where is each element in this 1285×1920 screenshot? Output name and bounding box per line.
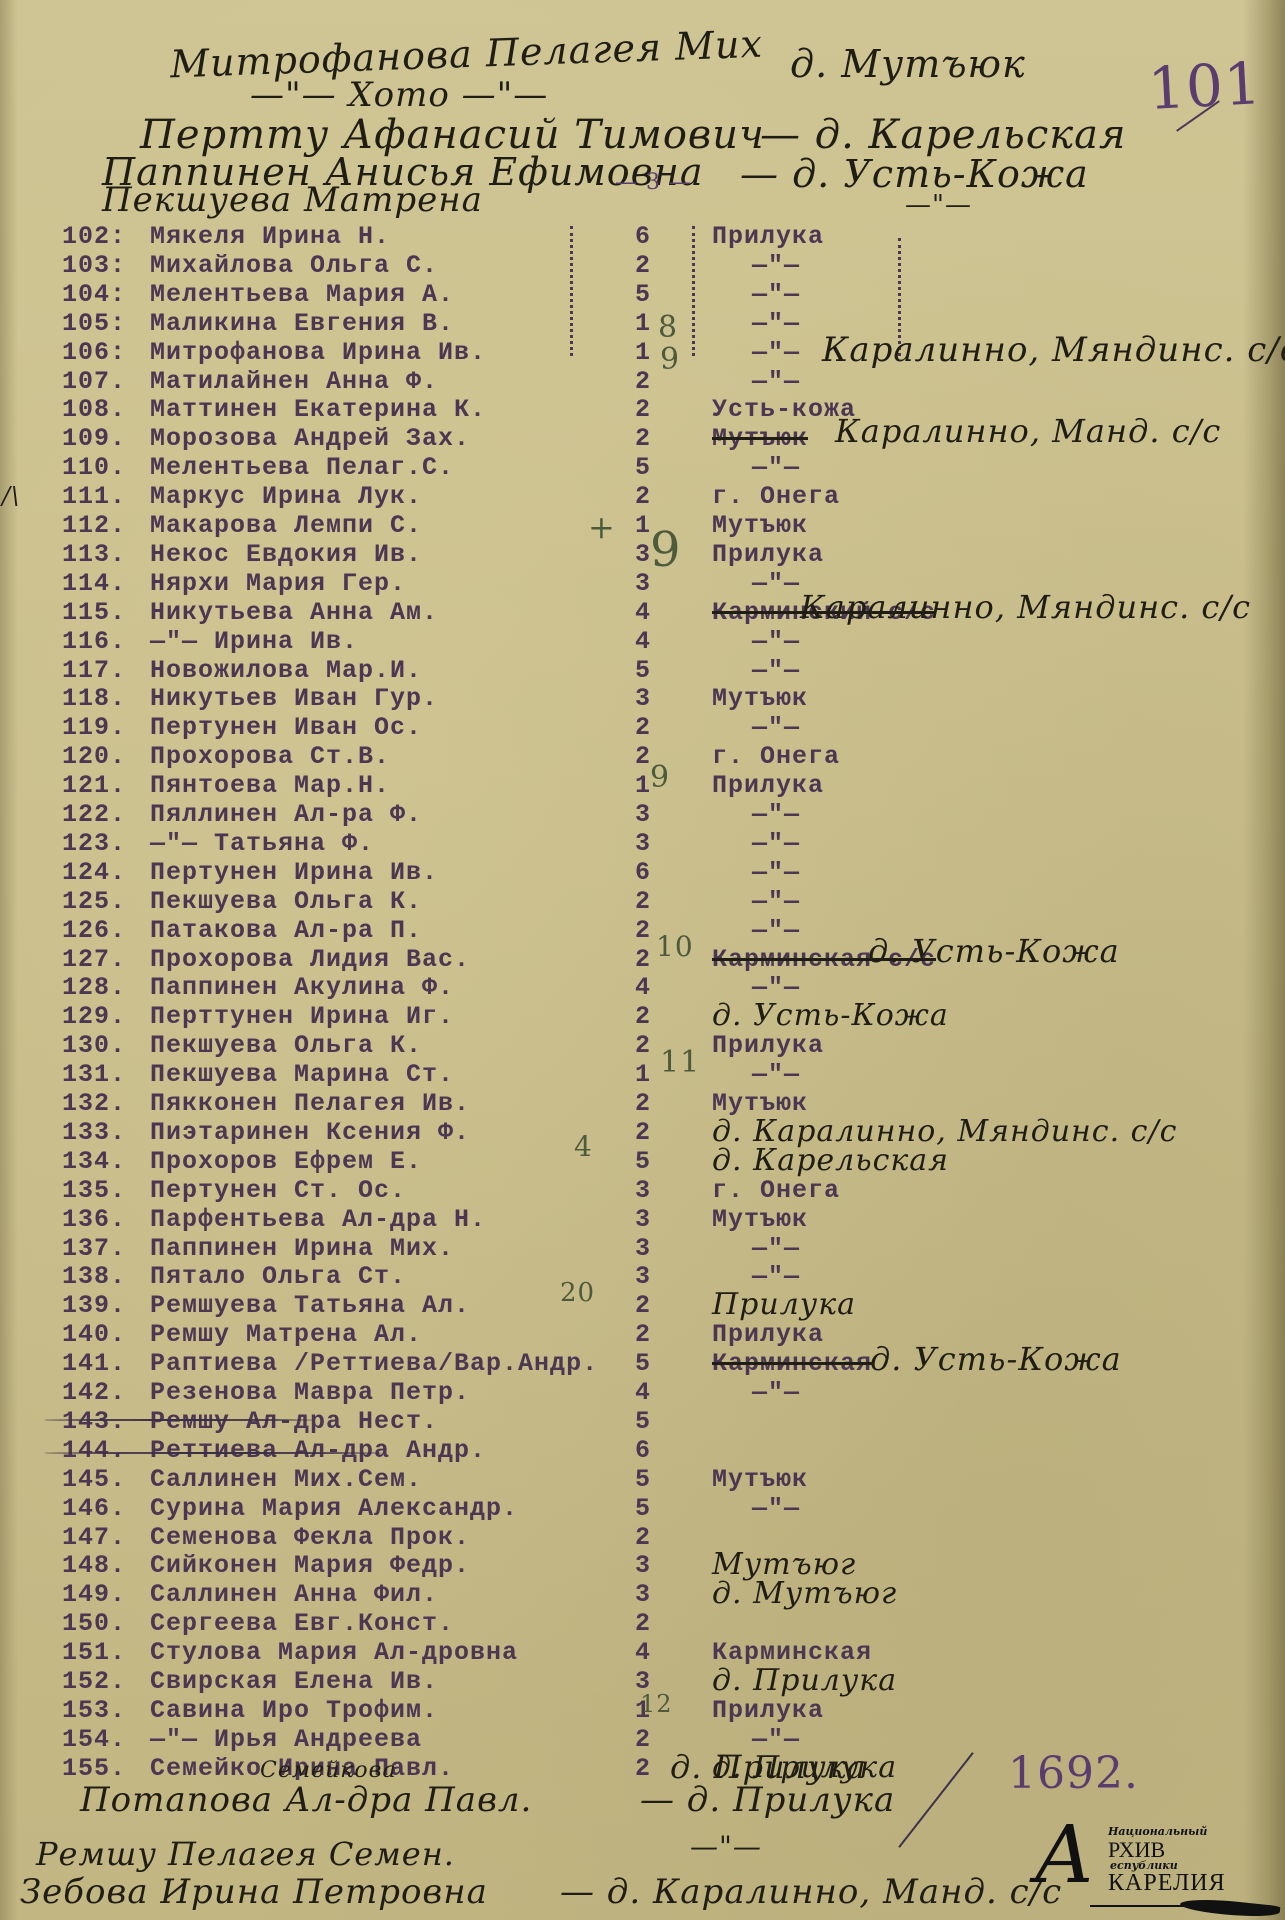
row-name: Ремшу Матрена Ал. <box>150 1320 422 1349</box>
row-family-count: 3 <box>635 829 651 858</box>
row-family-count: 4 <box>635 1638 651 1667</box>
table-row: 143.Ремшу Ал-дра Нест.5 <box>0 1407 1285 1435</box>
row-family-count: 2 <box>635 1320 651 1349</box>
row-place: д. Мутъюг <box>712 1576 897 1611</box>
row-place: д. Усть-Кожа <box>712 998 949 1033</box>
row-place: Мутъюк <box>712 684 808 713</box>
row-name: Пяллинен Ал-ра Ф. <box>150 800 422 829</box>
row-name: Паппинен Акулина Ф. <box>150 973 454 1002</box>
row-number: 128. <box>62 973 126 1002</box>
row-number: 140. <box>62 1320 126 1349</box>
note-row109: Каралинно, Манд. с/с <box>835 412 1221 450</box>
row-family-count: 3 <box>635 1234 651 1263</box>
table-row: 135.Пертунен Ст. Ос.3г. Онега <box>0 1176 1285 1204</box>
margin-mark-121: 9 <box>650 760 670 795</box>
table-row: 147.Семенова Фекла Прок.2 <box>0 1523 1285 1551</box>
table-row: 145.Саллинен Мих.Сем.5Мутъюк <box>0 1465 1285 1493</box>
row-family-count: 2 <box>635 424 651 453</box>
row-place: —"— <box>752 800 800 829</box>
table-row: 151.Стулова Мария Ал-дровна4Карминская <box>0 1638 1285 1666</box>
row-number: 105: <box>62 309 126 338</box>
table-row: 134.Прохоров Ефрем Е.5д. Карельская <box>0 1147 1285 1175</box>
row-number: 136. <box>62 1205 126 1234</box>
table-row: 112.Макарова Лемпи С.1Мутъюк <box>0 511 1285 539</box>
margin-mark-127: 10 <box>656 930 694 963</box>
row-name: Пертунен Ст. Ос. <box>150 1176 406 1205</box>
row-number: 130. <box>62 1031 126 1060</box>
table-row: 139.Ремшуева Татьяна Ал.2Прилука <box>0 1291 1285 1319</box>
row-family-count: 1 <box>635 309 651 338</box>
row-family-count: 3 <box>635 1176 651 1205</box>
margin-mark-112: + <box>588 508 616 546</box>
header-line-5-count: — 3 — <box>615 170 692 195</box>
row-family-count: 3 <box>635 1551 651 1580</box>
row-name: Прохоров Ефрем Е. <box>150 1147 422 1176</box>
row-number: 124. <box>62 858 126 887</box>
row-name: Никутьева Анна Ам. <box>150 598 438 627</box>
row-name: Прохорова Ст.В. <box>150 742 390 771</box>
row-name: Пекшуева Марина Ст. <box>150 1060 454 1089</box>
row-name: Савина Иро Трофим. <box>150 1696 438 1725</box>
row-place: г. Онега <box>712 482 840 511</box>
row-family-count: 2 <box>635 887 651 916</box>
row-place: Прилука <box>712 222 824 251</box>
row-name: Митрофанова Ирина Ив. <box>150 338 486 367</box>
margin-mark-139: 20 <box>560 1278 595 1308</box>
row-number: 154. <box>62 1725 126 1754</box>
header-line-5-name: Пекшуева Матрена <box>102 180 483 220</box>
row-name: Маликина Евгения В. <box>150 309 454 338</box>
row-number: 131. <box>62 1060 126 1089</box>
row-place: Мутъюк <box>712 1205 808 1234</box>
row-name: Сийконен Мария Федр. <box>150 1551 470 1580</box>
row-number: 155. <box>62 1754 126 1783</box>
row-place: Мутъюк <box>712 511 808 540</box>
row-number: 113. <box>62 540 126 569</box>
row-name: Парфентьева Ал-дра Н. <box>150 1205 486 1234</box>
table-row: 117.Новожилова Мар.И.5—"— <box>0 656 1285 684</box>
row-place: Прилука <box>712 1696 824 1725</box>
row-number: 109. <box>62 424 126 453</box>
table-row: 138.Пятало Ольга Ст.3—"— <box>0 1262 1285 1290</box>
row-name: Никутьев Иван Гур. <box>150 684 438 713</box>
row-number: 152. <box>62 1667 126 1696</box>
row-number: 147. <box>62 1523 126 1552</box>
row-place: Прилука <box>712 771 824 800</box>
row-name: Раптиева /Реттиева/Вар.Андр. <box>150 1349 598 1378</box>
row-name: Ремшуева Татьяна Ал. <box>150 1291 470 1320</box>
row-name: Морозова Андрей Зах. <box>150 424 470 453</box>
row-number: 117. <box>62 656 126 685</box>
row-number: 133. <box>62 1118 126 1147</box>
row-place: —"— <box>752 367 800 396</box>
row-name: Резенова Мавра Петр. <box>150 1378 470 1407</box>
row-name: Пянтоева Мар.Н. <box>150 771 390 800</box>
row-place: Прилука <box>712 540 824 569</box>
row-number: 132. <box>62 1089 126 1118</box>
row-family-count: 2 <box>635 482 651 511</box>
row-family-count: 1 <box>635 771 651 800</box>
row-number: 150. <box>62 1609 126 1638</box>
row-family-count: 2 <box>635 713 651 742</box>
table-row: 150.Сергеева Евг.Конст.2 <box>0 1609 1285 1637</box>
row-number: 135. <box>62 1176 126 1205</box>
row-number: 104: <box>62 280 126 309</box>
header-line-1-place: д. Мутъюк <box>790 42 1026 86</box>
row-name: Михайлова Ольга С. <box>150 251 438 280</box>
row-name: Стулова Мария Ал-дровна <box>150 1638 518 1667</box>
table-row: 131.Пекшуева Марина Ст.1—"— <box>0 1060 1285 1088</box>
row-number: 119. <box>62 713 126 742</box>
row-number: 115. <box>62 598 126 627</box>
row-place: —"— <box>752 829 800 858</box>
row-family-count: 1 <box>635 338 651 367</box>
row-number: 138. <box>62 1262 126 1291</box>
row-number: 142. <box>62 1378 126 1407</box>
footer-line-2-place: —"— <box>690 1830 762 1863</box>
row-place: —"— <box>752 858 800 887</box>
row-family-count: 2 <box>635 1089 651 1118</box>
row-family-count: 2 <box>635 1523 651 1552</box>
row-place: —"— <box>752 1494 800 1523</box>
table-row: 102:Мякеля Ирина Н.6Прилука <box>0 222 1285 250</box>
row-family-count: 5 <box>635 1494 651 1523</box>
row-number: 149. <box>62 1580 126 1609</box>
table-row: 111.Маркус Ирина Лук.2г. Онега <box>0 482 1285 510</box>
row-family-count: 4 <box>635 1378 651 1407</box>
row-place: —"— <box>752 627 800 656</box>
row-name: Пертунен Ирина Ив. <box>150 858 438 887</box>
footer-line-1-place: — д. Прилука <box>640 1780 895 1820</box>
row-name: Макарова Лемпи С. <box>150 511 422 540</box>
row-number: 139. <box>62 1291 126 1320</box>
row-name: Пертунен Иван Ос. <box>150 713 422 742</box>
row-place: д. Карельская <box>712 1143 949 1178</box>
row-number: 129. <box>62 1002 126 1031</box>
row-place: —"— <box>752 280 800 309</box>
margin-mark-113: 9 <box>650 522 682 578</box>
table-row: 120.Прохорова Ст.В.2г. Онега <box>0 742 1285 770</box>
row-number: 112. <box>62 511 126 540</box>
header-line-5-place: —"— <box>905 190 972 220</box>
row-place: —"— <box>752 916 800 945</box>
row-place: д. Прилука <box>712 1663 897 1698</box>
row-name: Мелентьева Мария А. <box>150 280 454 309</box>
row-name: Свирская Елена Ив. <box>150 1667 438 1696</box>
row-place: —"— <box>752 569 800 598</box>
table-row: 121.Пянтоева Мар.Н.1Прилука <box>0 771 1285 799</box>
row-family-count: 2 <box>635 945 651 974</box>
table-row: 132.Пякконен Пелагея Ив.2Мутъюк <box>0 1089 1285 1117</box>
row-family-count: 2 <box>635 742 651 771</box>
row-name: Маттинен Екатерина К. <box>150 395 486 424</box>
row-number: 120. <box>62 742 126 771</box>
row-family-count: 2 <box>635 1725 651 1754</box>
row-name: Мякеля Ирина Н. <box>150 222 390 251</box>
table-row: 130.Пекшуева Ольга К.2Прилука <box>0 1031 1285 1059</box>
row-number: 122. <box>62 800 126 829</box>
table-row: 107.Матилайнен Анна Ф.2—"— <box>0 367 1285 395</box>
row-place: Карминская <box>712 1349 872 1378</box>
row-name: Перттунен Ирина Иг. <box>150 1002 454 1031</box>
row-family-count: 3 <box>635 1205 651 1234</box>
underline-row144 <box>44 1452 384 1454</box>
margin-mark-106: 9 <box>660 342 680 377</box>
row-name: Паппинен Ирина Мих. <box>150 1234 454 1263</box>
margin-mark-134: 4 <box>574 1130 593 1163</box>
row-family-count: 6 <box>635 858 651 887</box>
table-row: 125.Пекшуева Ольга К.2—"— <box>0 887 1285 915</box>
table-row: 144.Реттиева Ал-дра Андр.6 <box>0 1436 1285 1464</box>
table-row: 142.Резенова Мавра Петр.4—"— <box>0 1378 1285 1406</box>
row-number: 102: <box>62 222 126 251</box>
row-name: Сергеева Евг.Конст. <box>150 1609 454 1638</box>
row-family-count: 5 <box>635 1465 651 1494</box>
footer-line-3-place: — д. Каралинно, Манд. с/с <box>560 1872 1062 1912</box>
row-number: 153. <box>62 1696 126 1725</box>
table-row: 122.Пяллинен Ал-ра Ф.3—"— <box>0 800 1285 828</box>
row-family-count: 2 <box>635 1031 651 1060</box>
row-family-count: 5 <box>635 1407 651 1436</box>
row-name: Патакова Ал-ра П. <box>150 916 422 945</box>
row-family-count: 3 <box>635 1262 651 1291</box>
table-row: 129.Перттунен Ирина Иг.2д. Усть-Кожа <box>0 1002 1285 1030</box>
row-place: —"— <box>752 1060 800 1089</box>
row-place: —"— <box>752 887 800 916</box>
row-family-count: 5 <box>635 280 651 309</box>
row-name: —"— Татьяна Ф. <box>150 829 374 858</box>
table-row: 128.Паппинен Акулина Ф.4—"— <box>0 973 1285 1001</box>
table-row: 148.Сийконен Мария Федр.3Мутъюг <box>0 1551 1285 1579</box>
table-row: 136.Парфентьева Ал-дра Н.3Мутъюк <box>0 1205 1285 1233</box>
row-family-count: 3 <box>635 569 651 598</box>
row-family-count: 5 <box>635 656 651 685</box>
row-name: Некос Евдокия Ив. <box>150 540 422 569</box>
footer-line-3-name: Зебова Ирина Петровна <box>20 1872 488 1912</box>
row-family-count: 2 <box>635 395 651 424</box>
row-family-count: 2 <box>635 1002 651 1031</box>
logo-monogram: А <box>1034 1815 1095 1895</box>
margin-mark-105: 8 <box>658 310 678 345</box>
row-number: 146. <box>62 1494 126 1523</box>
row-place: —"— <box>752 309 800 338</box>
row-name: Новожилова Мар.И. <box>150 656 422 685</box>
row-name: Семенова Фекла Прок. <box>150 1523 470 1552</box>
row-place: —"— <box>752 251 800 280</box>
row-name: Пякконен Пелагея Ив. <box>150 1089 470 1118</box>
row-place: г. Онега <box>712 742 840 771</box>
table-row: 149.Саллинен Анна Фил.3д. Мутъюг <box>0 1580 1285 1608</box>
row-family-count: 2 <box>635 1754 651 1783</box>
row-name: Ремшу Ал-дра Нест. <box>150 1407 438 1436</box>
row-name: Пекшуева Ольга К. <box>150 1031 422 1060</box>
row-name: Мелентьева Пелаг.С. <box>150 453 454 482</box>
row-number: 143. <box>62 1407 126 1436</box>
row-number: 111. <box>62 482 126 511</box>
row-family-count: 3 <box>635 1580 651 1609</box>
table-row: 118.Никутьев Иван Гур.3Мутъюк <box>0 684 1285 712</box>
row-place: Мутъюк <box>712 424 808 453</box>
row-name: Реттиева Ал-дра Андр. <box>150 1436 486 1465</box>
row-place: Прилука <box>712 1031 824 1060</box>
row-family-count: 2 <box>635 251 651 280</box>
table-row: 137.Паппинен Ирина Мих.3—"— <box>0 1234 1285 1262</box>
table-row: 146.Сурина Мария Александр.5—"— <box>0 1494 1285 1522</box>
row-place: —"— <box>752 656 800 685</box>
row-number: 106: <box>62 338 126 367</box>
logo-line-4: КАРЕЛИЯ <box>1108 1870 1226 1897</box>
footer-line-1-name: Потапова Ал-дра Павл. <box>80 1780 532 1820</box>
row-place: Прилука <box>712 1320 824 1349</box>
total-mark: 1692. <box>1008 1748 1139 1799</box>
row-number: 151. <box>62 1638 126 1667</box>
row-number: 137. <box>62 1234 126 1263</box>
row-family-count: 4 <box>635 627 651 656</box>
table-row: 103:Михайлова Ольга С.2—"— <box>0 251 1285 279</box>
row-number: 103: <box>62 251 126 280</box>
row-name: —"— Ирья Андреева <box>150 1725 422 1754</box>
row-family-count: 2 <box>635 1118 651 1147</box>
row-name: Матилайнен Анна Ф. <box>150 367 438 396</box>
row-name: Прохорова Лидия Вас. <box>150 945 470 974</box>
row-family-count: 3 <box>635 800 651 829</box>
row-place: Мутъюк <box>712 1465 808 1494</box>
row-family-count: 3 <box>635 540 651 569</box>
row-family-count: 2 <box>635 367 651 396</box>
row-place: г. Онега <box>712 1176 840 1205</box>
row-number: 107. <box>62 367 126 396</box>
note-row115: Каралинно, Мяндинс. с/с <box>800 588 1251 626</box>
row-number: 114. <box>62 569 126 598</box>
row-place: —"— <box>752 1234 800 1263</box>
row-name: Нярхи Мария Гер. <box>150 569 406 598</box>
row-family-count: 2 <box>635 1609 651 1638</box>
table-row: 116.—"— Ирина Ив.4—"— <box>0 627 1285 655</box>
row-place: —"— <box>752 1378 800 1407</box>
note-row141: д. Усть-Кожа <box>870 1340 1122 1378</box>
row-name: Саллинен Мих.Сем. <box>150 1465 422 1494</box>
row-number: 141. <box>62 1349 126 1378</box>
row-number: 118. <box>62 684 126 713</box>
row-number: 125. <box>62 887 126 916</box>
row-family-count: 1 <box>635 511 651 540</box>
row-name: Сурина Мария Александр. <box>150 1494 518 1523</box>
row-number: 144. <box>62 1436 126 1465</box>
row-number: 116. <box>62 627 126 656</box>
table-row: 133.Пиэтаринен Ксения Ф.2д. Каралинно, М… <box>0 1118 1285 1146</box>
row-place: —"— <box>752 453 800 482</box>
row-name: Маркус Ирина Лук. <box>150 482 422 511</box>
row-family-count: 6 <box>635 1436 651 1465</box>
archive-logo: А Национальный РХИВ еспублики КАРЕЛИЯ <box>1030 1815 1280 1915</box>
row-name: Пятало Ольга Ст. <box>150 1262 406 1291</box>
table-row: 119.Пертунен Иван Ос.2—"— <box>0 713 1285 741</box>
row-number: 110. <box>62 453 126 482</box>
row-number: 121. <box>62 771 126 800</box>
row-family-count: 2 <box>635 1291 651 1320</box>
row-name: Саллинен Анна Фил. <box>150 1580 438 1609</box>
row-name: Пиэтаринен Ксения Ф. <box>150 1118 470 1147</box>
header-line-2-name: —"— Хото —"— <box>250 75 548 115</box>
footer-prilukа-above: д. Прилука <box>670 1748 867 1786</box>
row-family-count: 1 <box>635 1060 651 1089</box>
note-row127: д. Усть-Кожа <box>868 932 1120 970</box>
row-place: —"— <box>752 338 800 367</box>
table-row: 123. —"— Татьяна Ф.3—"— <box>0 829 1285 857</box>
underline-row143 <box>44 1419 314 1421</box>
row-name: —"— Ирина Ив. <box>150 627 358 656</box>
row-family-count: 2 <box>635 916 651 945</box>
row-family-count: 4 <box>635 973 651 1002</box>
margin-mark-131: 11 <box>660 1045 700 1080</box>
row-place: Прилука <box>712 1287 856 1322</box>
row-number: 148. <box>62 1551 126 1580</box>
margin-mark-153: 12 <box>640 1690 673 1718</box>
row-family-count: 5 <box>635 1147 651 1176</box>
table-row: 113.Некос Евдокия Ив.3Прилука <box>0 540 1285 568</box>
row-number: 145. <box>62 1465 126 1494</box>
row-number: 123. <box>62 829 126 858</box>
row-place: —"— <box>752 713 800 742</box>
left-margin-mark: /\ <box>2 482 20 510</box>
footer-line-2-name: Ремшу Пелагея Семен. <box>36 1835 455 1873</box>
row-family-count: 4 <box>635 598 651 627</box>
row-family-count: 5 <box>635 453 651 482</box>
row-number: 126. <box>62 916 126 945</box>
table-row: 104:Мелентьева Мария А.5—"— <box>0 280 1285 308</box>
table-row: 110.Мелентьева Пелаг.С.5—"— <box>0 453 1285 481</box>
note-row106: Каралинно, Мяндинс. с/с <box>822 330 1285 370</box>
row-number: 127. <box>62 945 126 974</box>
table-row: 124.Пертунен Ирина Ив.6—"— <box>0 858 1285 886</box>
row-number: 108. <box>62 395 126 424</box>
row-name: Пекшуева Ольга К. <box>150 887 422 916</box>
row-family-count: 6 <box>635 222 651 251</box>
row-family-count: 5 <box>635 1349 651 1378</box>
row-family-count: 3 <box>635 684 651 713</box>
row-number: 134. <box>62 1147 126 1176</box>
